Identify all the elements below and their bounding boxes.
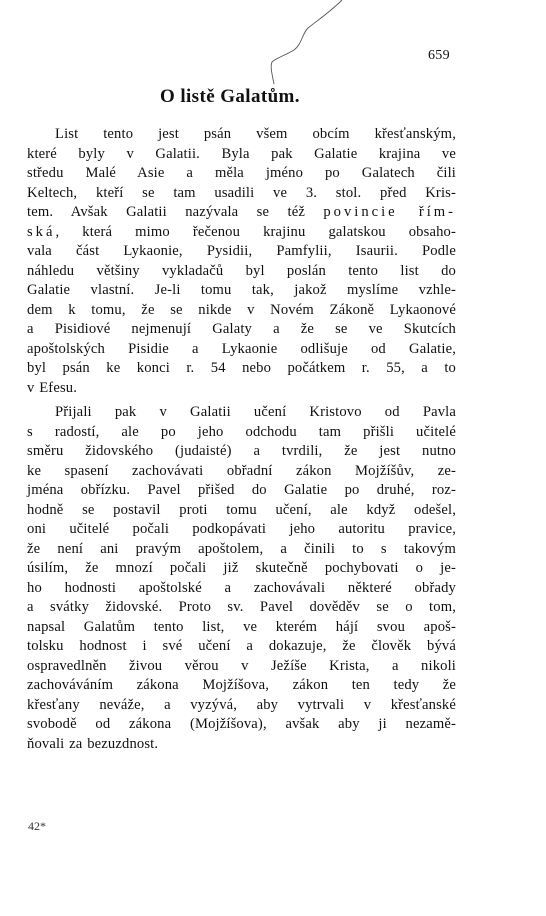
text-line: Keltech, kteří se tam usadili ve 3. stol… xyxy=(27,184,456,204)
text-line: ho hodnosti apoštolské a zachovávali něk… xyxy=(27,579,456,599)
text-line: náhledu většiny vykladačů byl poslán ten… xyxy=(27,262,456,282)
text-line: ospravedlněn živou věrou v Ježíše Krista… xyxy=(27,657,456,677)
text-line: zachováváním zákona Mojžíšova, zákon ten… xyxy=(27,676,456,696)
text-line: které byly v Galatii. Byla pak Galatie k… xyxy=(27,145,456,165)
spaced-emphasis: ská xyxy=(27,224,55,240)
chapter-title: O listě Galatům. xyxy=(160,86,300,108)
text-line: středu Malé Asie a měla jméno po Galatec… xyxy=(27,164,456,184)
text-line: List tento jest psán všem obcím křesťans… xyxy=(27,125,456,145)
text-line: svobodě od zákona (Mojžíšova), avšak aby… xyxy=(27,715,456,735)
text-line: úsilím, že mnozí počali již skutečně poc… xyxy=(27,559,456,579)
text-line: že není ani pravým apoštolem, a činili t… xyxy=(27,540,456,560)
text-line: tolsku hodnost i své učení a dokazuje, ž… xyxy=(27,637,456,657)
text-line: napsal Galatům tento list, ve kterém háj… xyxy=(27,618,456,638)
document-page: 659 O listě Galatům. List tento jest psá… xyxy=(0,0,546,916)
text-line: a svátky židovské. Proto sv. Pavel dověd… xyxy=(27,598,456,618)
text-line: křesťany neváže, a vyzývá, aby vytrvali … xyxy=(27,696,456,716)
text-line: dem k tomu, že se nikde v Novém Zákoně L… xyxy=(27,301,456,321)
text-line: ke spasení zachovávati obřadní zákon Moj… xyxy=(27,462,456,482)
text-line: a Pisidiové nejmenují Galaty a že se ve … xyxy=(27,320,456,340)
text-line: hodně se postavil proti tomu učení, ale … xyxy=(27,501,456,521)
text-line: jména obřízku. Pavel přišed do Galatie p… xyxy=(27,481,456,501)
text-segment: tem. Avšak Galatii nazývala se též xyxy=(27,204,323,220)
text-line-with-emphasis: ská, která mimo řečenou krajinu galatsko… xyxy=(27,223,456,243)
text-line: oni učitelé počali podkopávati jeho auto… xyxy=(27,520,456,540)
text-line: ňovali za bezuzdnost. xyxy=(27,735,456,755)
body-text: List tento jest psán všem obcím křesťans… xyxy=(27,125,456,754)
paragraph-1: List tento jest psán všem obcím křesťans… xyxy=(27,125,456,398)
text-line: vala část Lykaonie, Pysidii, Pamfylii, I… xyxy=(27,242,456,262)
signature-mark: 42* xyxy=(28,819,46,834)
text-line-with-emphasis: tem. Avšak Galatii nazývala se též povin… xyxy=(27,203,456,223)
text-line: byl psán ke konci r. 54 nebo počátkem r.… xyxy=(27,359,456,379)
text-line: směru židovského (judaisté) a tvrdili, ž… xyxy=(27,442,456,462)
text-line: v Efesu. xyxy=(27,379,456,399)
page-number: 659 xyxy=(428,48,450,64)
text-line: apoštolských Pisidie a Lykaonie odlišuje… xyxy=(27,340,456,360)
text-line: s radostí, ale po jeho odchodu tam přišl… xyxy=(27,423,456,443)
spaced-emphasis: povincie řím- xyxy=(323,204,456,220)
text-line: Přijali pak v Galatii učení Kristovo od … xyxy=(27,403,456,423)
text-segment: , která mimo řečenou krajinu galatskou o… xyxy=(55,224,456,240)
text-line: Galatie vlastní. Je-li tomu tak, jakož m… xyxy=(27,281,456,301)
paragraph-2: Přijali pak v Galatii učení Kristovo od … xyxy=(27,403,456,754)
